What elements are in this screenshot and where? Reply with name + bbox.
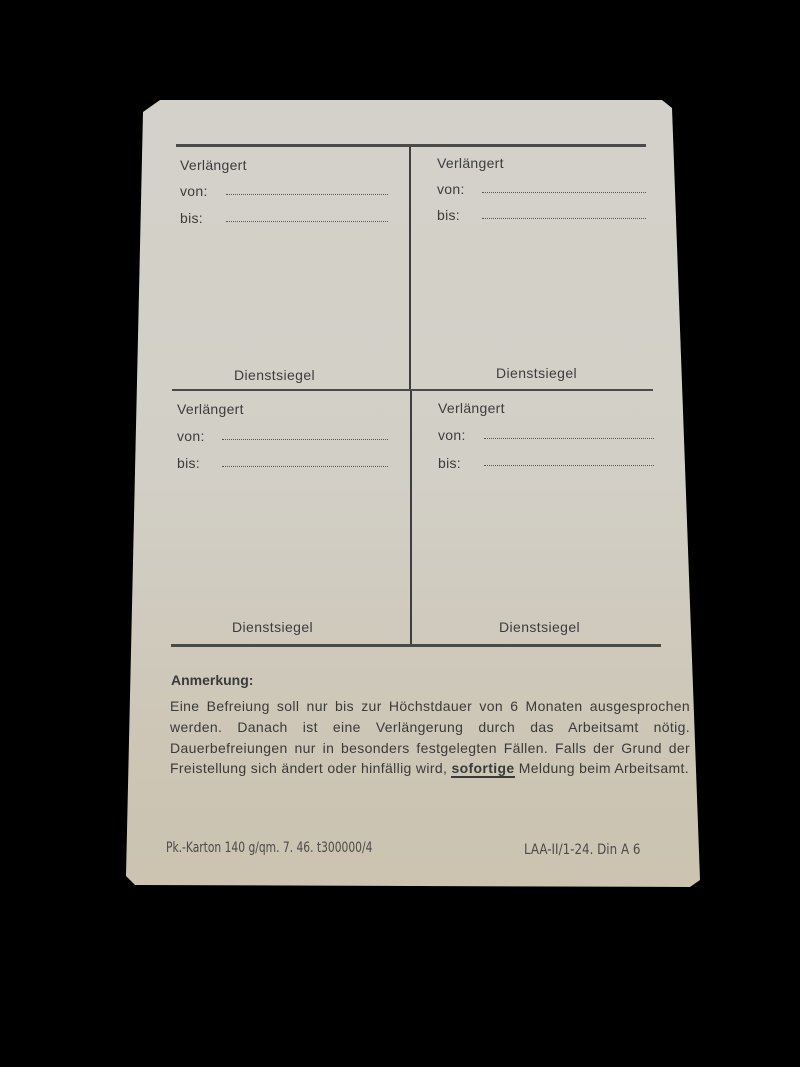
to-label: bis: — [180, 210, 203, 226]
cell-title: Verlängert — [437, 155, 504, 171]
seal-label: Dienstsiegel — [499, 619, 580, 635]
cell-title: Verlängert — [438, 400, 505, 416]
from-field[interactable] — [484, 438, 654, 439]
top-rule — [176, 144, 646, 147]
to-label: bis: — [177, 455, 200, 471]
to-field[interactable] — [222, 466, 388, 467]
center-divider-lower — [410, 391, 412, 644]
center-divider-upper — [409, 147, 411, 391]
seal-label: Dienstsiegel — [232, 619, 313, 635]
note-body: Eine Befreiung soll nur bis zur Höchstda… — [170, 696, 690, 779]
seal-label: Dienstsiegel — [496, 365, 577, 381]
from-field[interactable] — [222, 439, 388, 440]
from-label: von: — [177, 428, 205, 444]
cell-title: Verlängert — [180, 157, 247, 173]
from-field[interactable] — [226, 194, 388, 195]
from-label: von: — [438, 427, 466, 443]
cell-title: Verlängert — [177, 401, 244, 417]
document-card: Verlängert von: bis: Dienstsiegel Verlän… — [0, 0, 800, 1067]
note-emphasis: sofortige — [451, 760, 514, 778]
middle-rule — [172, 389, 653, 391]
bottom-rule — [171, 644, 661, 647]
to-label: bis: — [438, 455, 461, 471]
print-code-left: Pk.-Karton 140 g/qm. 7. 46. t300000/4 — [166, 840, 372, 856]
seal-label: Dienstsiegel — [234, 367, 315, 383]
print-code-right: LAA-II/1-24. Din A 6 — [524, 842, 640, 858]
to-label: bis: — [437, 207, 460, 223]
to-field[interactable] — [226, 221, 388, 222]
from-field[interactable] — [482, 192, 646, 193]
to-field[interactable] — [484, 465, 654, 466]
from-label: von: — [437, 181, 465, 197]
note-text-after: Meldung beim Arbeitsamt. — [515, 760, 690, 776]
to-field[interactable] — [482, 218, 646, 219]
note-heading: Anmerkung: — [171, 672, 253, 688]
from-label: von: — [180, 183, 208, 199]
